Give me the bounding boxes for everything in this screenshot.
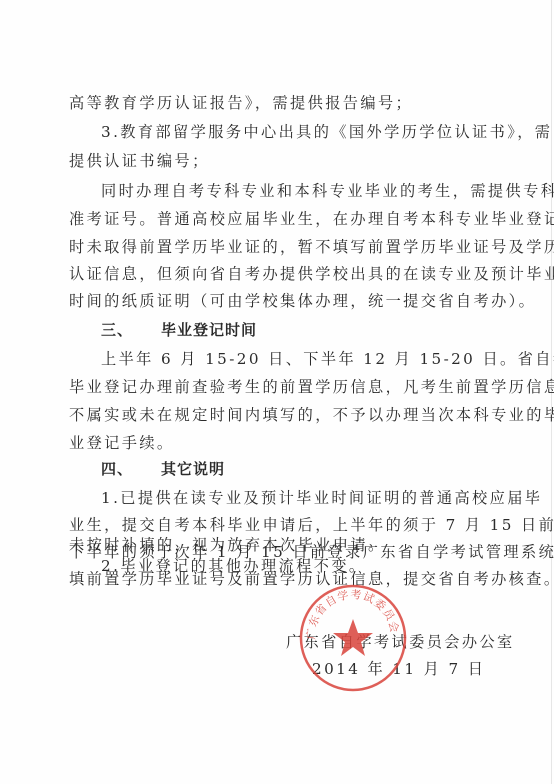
section-4-item-1-line-5: 未按时补填的，视为放弃本次毕业申请。: [69, 536, 489, 555]
continuation-line-3: 提供认证书编号；: [69, 152, 489, 171]
document-page: 高等教育学历认证报告》，需提供报告编号； 3.教育部留学服务中心出具的《国外学历…: [0, 0, 554, 784]
section-4-number: 四、: [101, 460, 161, 479]
section-3-title: 毕业登记时间: [161, 321, 257, 339]
section-4-item-1-line-1: 1.已提供在读专业及预计毕业时间证明的普通高校应届毕: [101, 489, 489, 508]
section-3-line-3: 不属实或未在规定时间内填写的，不予以办理当次本科专业的毕: [69, 406, 489, 425]
paragraph-line-2: 准考证号。普通高校应届毕业生，在办理自考本科专业毕业登记: [69, 210, 489, 229]
section-3-number: 三、: [101, 321, 161, 340]
continuation-line-1: 高等教育学历认证报告》，需提供报告编号；: [69, 94, 489, 113]
official-seal-stamp: 广东省自学考试委员会: [298, 583, 408, 693]
section-4-heading: 四、其它说明: [101, 460, 521, 479]
section-4-item-2: 2.毕业登记的其他办理流程不变。: [101, 557, 489, 576]
paragraph-line-4: 认证信息，但须向省自考办提供学校出具的在读专业及预计毕业: [69, 265, 489, 284]
section-3-line-2: 毕业登记办理前查验考生的前置学历信息，凡考生前置学历信息: [69, 378, 489, 397]
star-icon: [333, 619, 373, 656]
paragraph-line-3: 时未取得前置学历毕业证的，暂不填写前置学历毕业证号及学历: [69, 238, 489, 257]
section-4-title: 其它说明: [161, 460, 225, 478]
continuation-line-2: 3.教育部留学服务中心出具的《国外学历学位认证书》，需: [101, 123, 489, 142]
section-3-heading: 三、毕业登记时间: [101, 321, 521, 340]
paragraph-line-1: 同时办理自考专科专业和本科专业毕业的考生，需提供专科: [101, 182, 489, 201]
section-3-line-4: 业登记手续。: [69, 434, 489, 453]
section-3-line-1: 上半年 6 月 15-20 日、下半年 12 月 15-20 日。省自考办在: [101, 350, 489, 369]
section-4-item-1-line-2: 业生，提交自考本科毕业申请后，上半年的须于 7 月 15 日前、: [69, 516, 489, 535]
paragraph-line-5: 时间的纸质证明（可由学校集体办理，统一提交省自考办）。: [69, 292, 489, 311]
